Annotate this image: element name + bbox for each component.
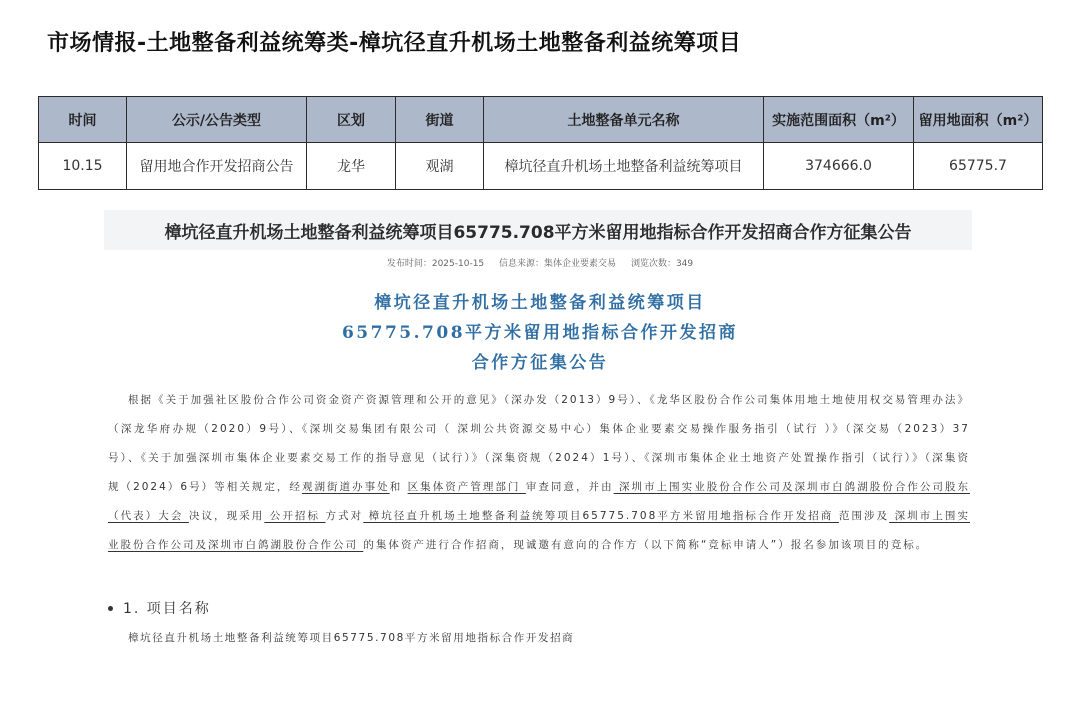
body-text: 和 [390, 481, 408, 493]
summary-table: 时间 公示/公告类型 区划 街道 土地整备单元名称 实施范围面积（m²） 留用地… [38, 96, 1043, 190]
table-row: 10.15 留用地合作开发招商公告 龙华 观湖 樟坑径直升机场土地整备利益统筹项… [39, 143, 1043, 190]
heading-line-2: 65775.708平方米留用地指标合作开发招商 [0, 318, 1080, 348]
header-notice-type: 公示/公告类型 [127, 97, 307, 143]
cell-street: 观湖 [396, 143, 484, 190]
header-street: 街道 [396, 97, 484, 143]
cell-notice-type: 留用地合作开发招商公告 [127, 143, 307, 190]
body-text: 审查同意，并由 [526, 481, 614, 493]
header-time: 时间 [39, 97, 127, 143]
section-1-heading: 1. 项目名称 [108, 598, 211, 618]
document-heading: 樟坑径直升机场土地整备利益统筹项目 65775.708平方米留用地指标合作开发招… [0, 288, 1080, 378]
header-implementation-area: 实施范围面积（m²） [764, 97, 914, 143]
cell-district: 龙华 [307, 143, 396, 190]
heading-line-3: 合作方征集公告 [0, 348, 1080, 378]
heading-line-1: 樟坑径直升机场土地整备利益统筹项目 [0, 288, 1080, 318]
underlined-project: 樟坑径直升机场土地整备利益统筹项目65775.708平方米留用地指标合作开发招商 [363, 510, 839, 522]
underlined-method: 公开招标 [264, 510, 325, 522]
underlined-asset-department: 区集体资产管理部门 [408, 481, 526, 493]
section-1-content: 樟坑径直升机场土地整备利益统筹项目65775.708平方米留用地指标合作开发招商 [128, 630, 574, 645]
cell-time: 10.15 [39, 143, 127, 190]
section-1-title: 1. 项目名称 [123, 598, 211, 618]
bullet-icon [108, 606, 113, 611]
page-title: 市场情报-土地整备利益统筹类-樟坑径直升机场土地整备利益统筹项目 [47, 26, 741, 57]
publish-time: 发布时间：2025-10-15 [387, 259, 484, 269]
cell-reserved-area: 65775.7 [914, 143, 1043, 190]
notice-meta: 发布时间：2025-10-15 信息来源：集体企业要素交易 浏览次数：349 [0, 256, 1080, 269]
body-text-intro: 根据《关于加强社区股份合作公司资金资产资源管理和公开的意见》（深办发（2013）… [108, 394, 970, 493]
header-unit-name: 土地整备单元名称 [484, 97, 764, 143]
body-text: 的集体资产进行合作招商，现诚邀有意向的合作方（以下简称“竞标申请人”）报名参加该… [363, 539, 928, 551]
header-district: 区划 [307, 97, 396, 143]
view-count: 浏览次数：349 [631, 259, 693, 269]
info-source: 信息来源：集体企业要素交易 [499, 259, 616, 269]
header-reserved-area: 留用地面积（m²） [914, 97, 1043, 143]
notice-body-paragraph: 根据《关于加强社区股份合作公司资金资产资源管理和公开的意见》（深办发（2013）… [108, 386, 970, 560]
notice-title: 樟坑径直升机场土地整备利益统筹项目65775.708平方米留用地指标合作开发招商… [164, 218, 911, 243]
cell-implementation-area: 374666.0 [764, 143, 914, 190]
notice-title-bar: 樟坑径直升机场土地整备利益统筹项目65775.708平方米留用地指标合作开发招商… [104, 210, 972, 250]
cell-unit-name: 樟坑径直升机场土地整备利益统筹项目 [484, 143, 764, 190]
underlined-subdistrict-office: 观湖街道办事处 [302, 481, 390, 493]
table-header-row: 时间 公示/公告类型 区划 街道 土地整备单元名称 实施范围面积（m²） 留用地… [39, 97, 1043, 143]
body-text: 范围涉及 [839, 510, 889, 522]
body-text: 方式对 [326, 510, 364, 522]
body-text: 决议，现采用 [189, 510, 264, 522]
